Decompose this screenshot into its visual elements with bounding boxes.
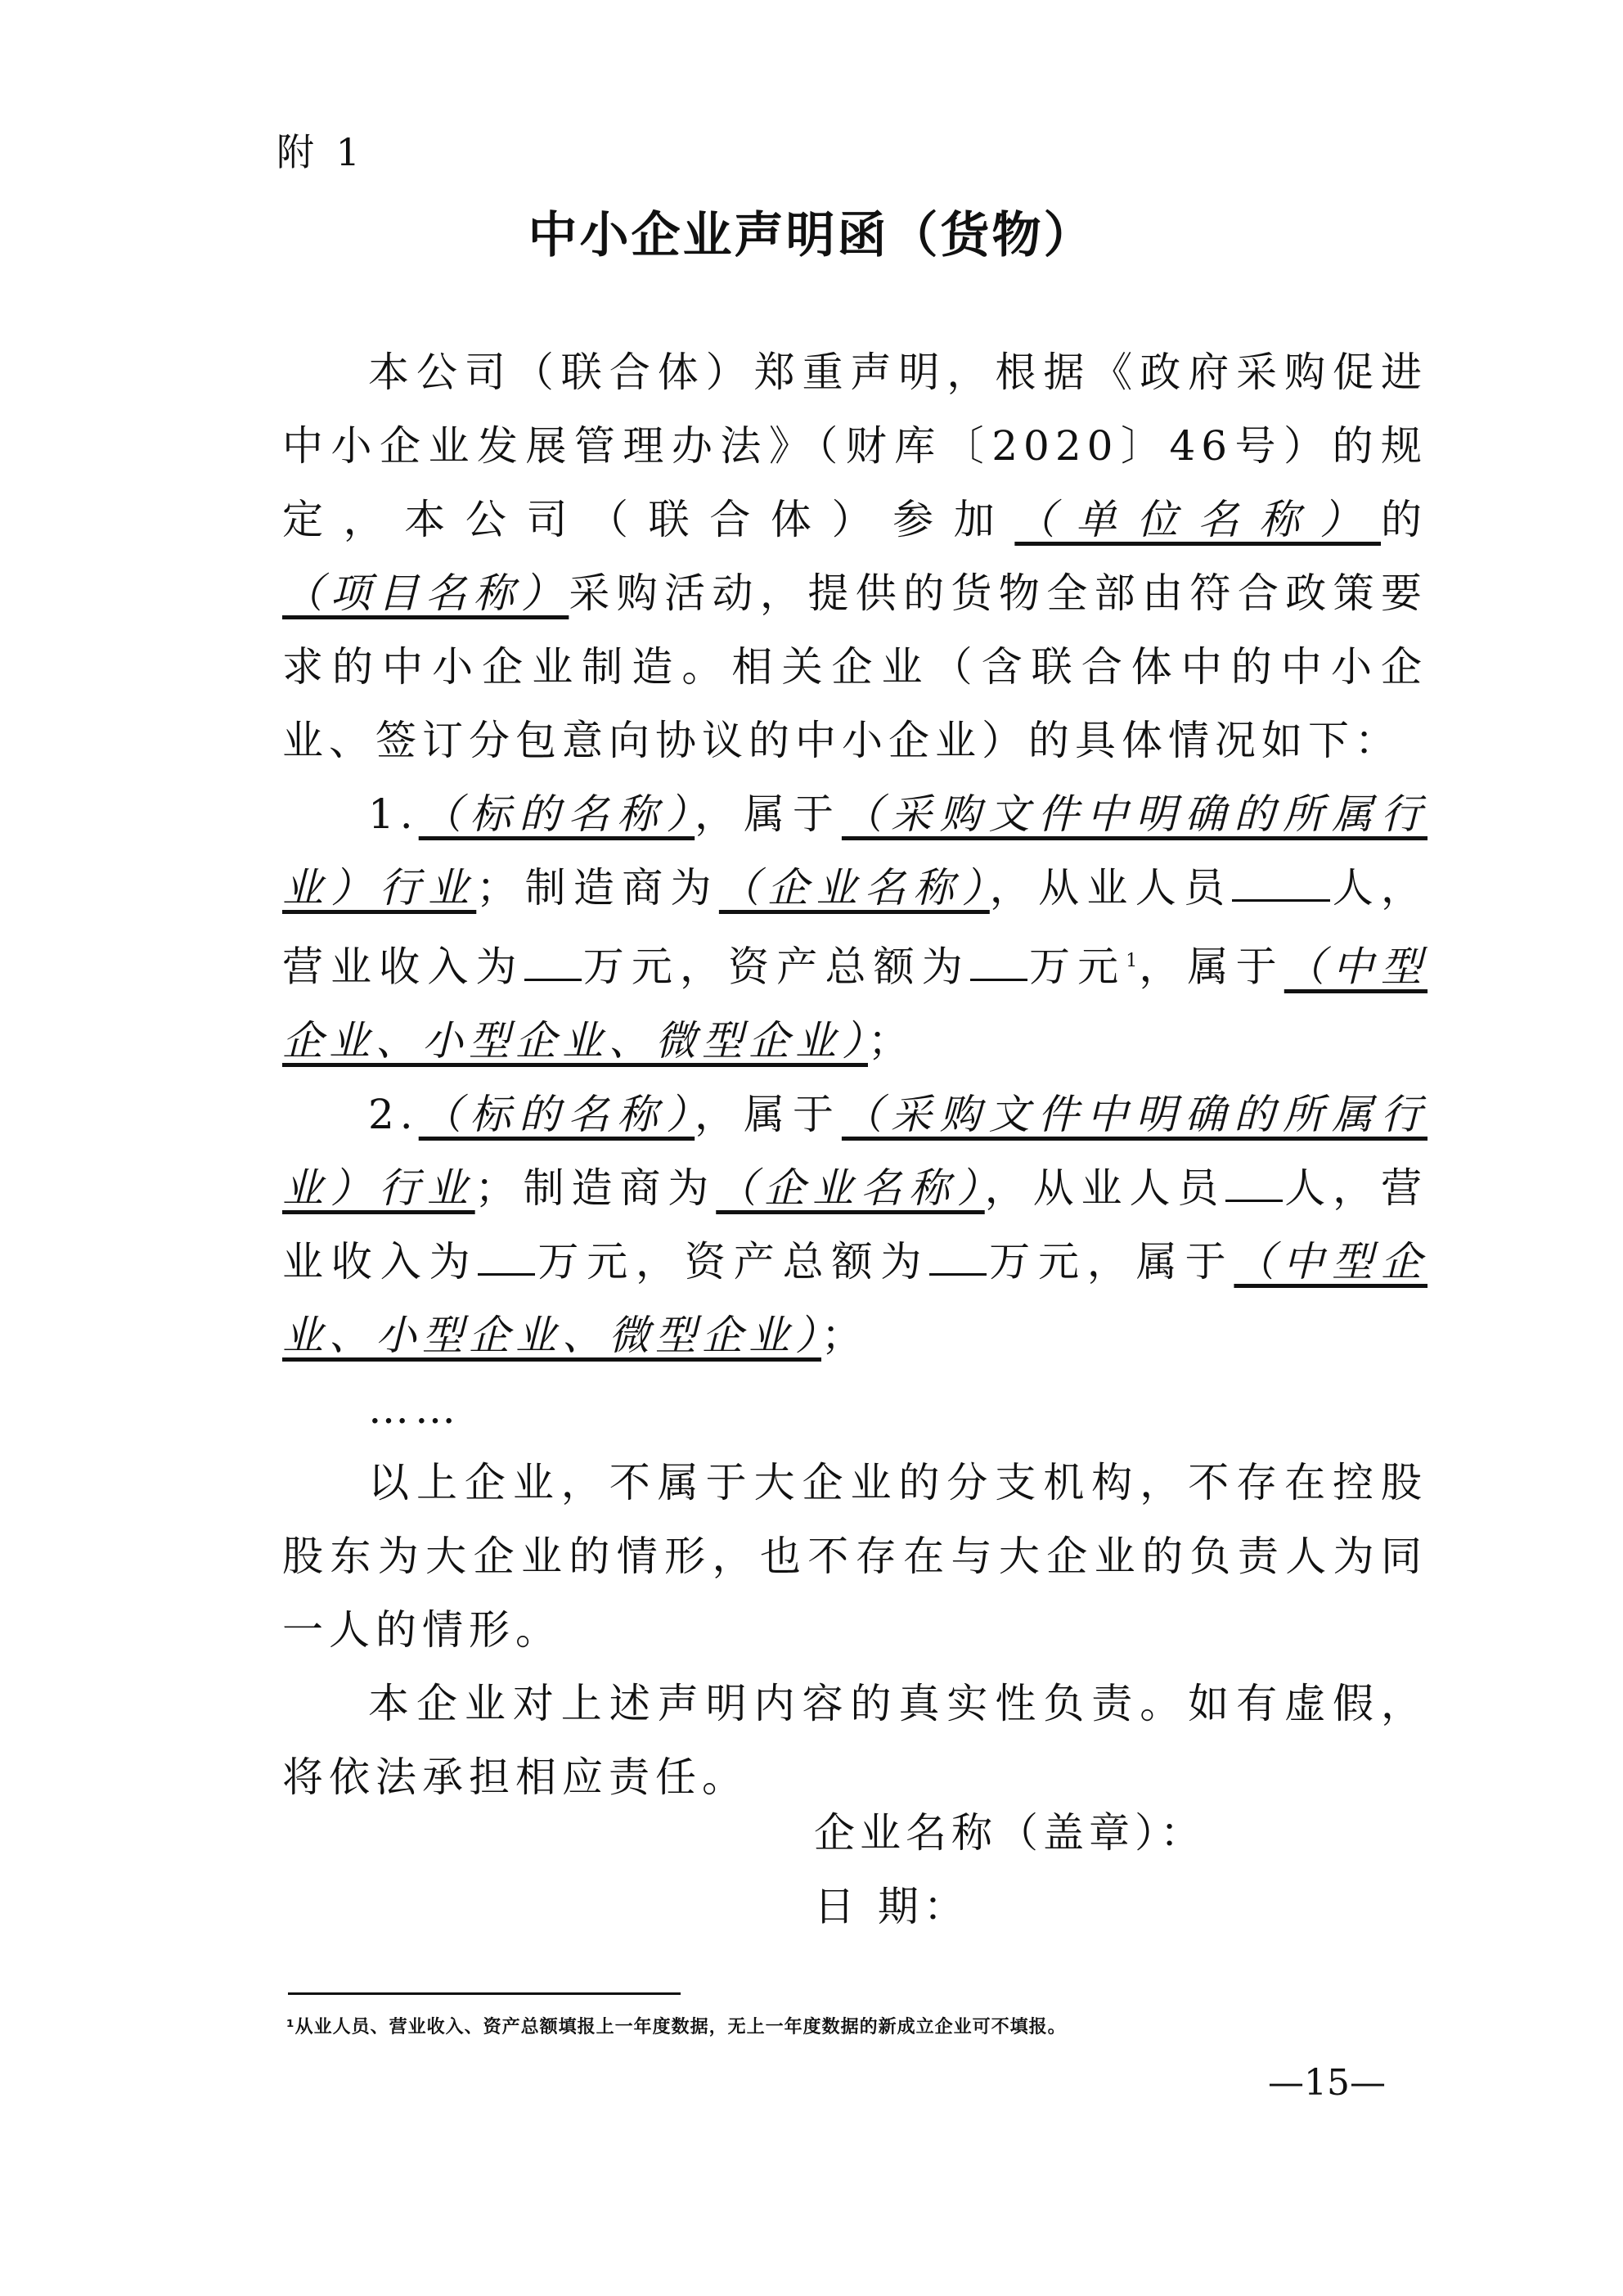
statement-independence: 以上企业，不属于大企业的分支机构，不存在控股股东为大企业的情形，也不存在与大企业…: [282, 1446, 1427, 1667]
connector-text: 的: [1381, 496, 1427, 543]
label: ，属于: [695, 1091, 842, 1138]
appendix-label: 附 1: [276, 123, 365, 177]
label: ，从业人员: [990, 864, 1233, 912]
staff-count-blank[interactable]: [1232, 858, 1330, 902]
date-label: 日 期：: [814, 1874, 969, 1933]
label: ；: [821, 1312, 868, 1359]
unit-name-field[interactable]: （单位名称）: [1014, 496, 1381, 543]
intro-paragraph: 本公司（联合体）郑重声明，根据《政府采购促进中小企业发展管理办法》（财库〔202…: [282, 335, 1427, 777]
label: ，从业人员: [985, 1164, 1226, 1212]
label: ，属于: [1137, 943, 1284, 991]
item-1: 1.（标的名称），属于（采购文件中明确的所属行业）行业；制造商为（企业名称），从…: [282, 777, 1427, 1078]
label: ，属于: [695, 790, 842, 838]
label: 万元，资产总额为: [535, 1238, 929, 1285]
statement-responsibility: 本企业对上述声明内容的真实性负责。如有虚假，将依法承担相应责任。: [282, 1667, 1427, 1814]
document-page: 附 1 中小企业声明函（货物） 本公司（联合体）郑重声明，根据《政府采购促进中小…: [0, 0, 1623, 2296]
assets-blank[interactable]: [929, 1232, 987, 1276]
label: ，属于: [1087, 1238, 1234, 1285]
label: 万元，资产总额为: [582, 943, 970, 991]
footnote-ref: 1: [1126, 951, 1137, 971]
revenue-blank[interactable]: [478, 1232, 535, 1276]
label: ；制造商为: [476, 864, 719, 912]
company-field[interactable]: （企业名称）: [719, 864, 990, 912]
label: ；制造商为: [475, 1164, 717, 1212]
document-title: 中小企业声明函（货物）: [0, 196, 1623, 267]
ellipsis: ……: [282, 1372, 1427, 1446]
item-2: 2.（标的名称），属于（采购文件中明确的所属行业）行业；制造商为（企业名称），从…: [282, 1078, 1427, 1372]
label: 万元: [987, 1238, 1087, 1285]
project-name-field[interactable]: （项目名称）: [282, 569, 569, 617]
assets-blank[interactable]: [970, 938, 1027, 981]
footnote-divider: [288, 1992, 681, 1995]
company-seal-label: 企业名称（盖章）：: [814, 1800, 1206, 1859]
label: 万元: [1027, 943, 1126, 991]
page-number: —15—: [1268, 2062, 1386, 2104]
label: ；: [868, 1017, 915, 1065]
subject-field[interactable]: （标的名称）: [419, 1091, 695, 1138]
item-number: 1.: [368, 790, 419, 838]
company-field[interactable]: （企业名称）: [716, 1164, 984, 1212]
subject-field[interactable]: （标的名称）: [419, 790, 695, 838]
item-number: 2.: [368, 1091, 419, 1138]
footnote: ¹从业人员、营业收入、资产总额填报上一年度数据，无上一年度数据的新成立企业可不填…: [286, 2013, 1067, 2038]
staff-count-blank[interactable]: [1225, 1159, 1283, 1202]
revenue-blank[interactable]: [524, 938, 582, 981]
document-body: 本公司（联合体）郑重声明，根据《政府采购促进中小企业发展管理办法》（财库〔202…: [282, 335, 1427, 1814]
